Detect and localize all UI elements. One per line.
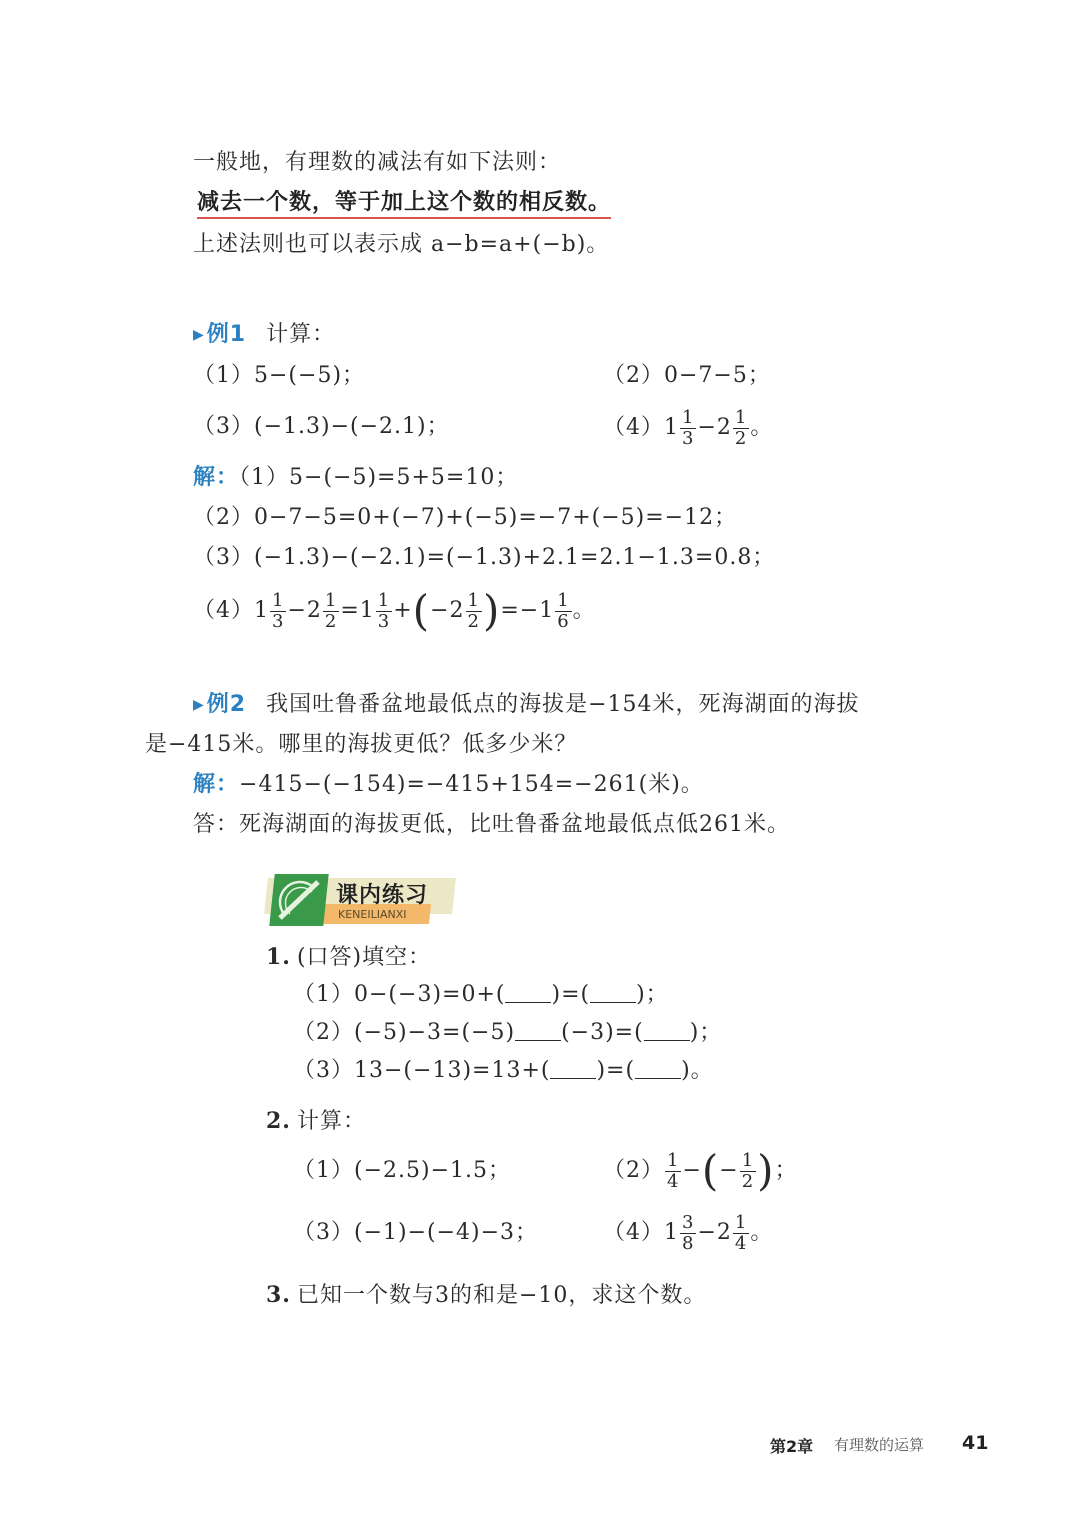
answer-blank[interactable] bbox=[515, 1020, 561, 1041]
practice-q1-item-1: （1）0−(−3)=0+()=()； bbox=[293, 980, 669, 1010]
example1-solution-4: （4）113−212=113+(−212)=−116。 bbox=[193, 588, 596, 634]
example2-line1: ▶例2我国吐鲁番盆地最低点的海拔是−154米，死海湖面的海拔 bbox=[193, 690, 860, 720]
practice-q3: 3.已知一个数与3的和是−10，求这个数。 bbox=[266, 1280, 706, 1311]
example1-solution-3: （3）(−1.3)−(−2.1)=(−1.3)+2.1=2.1−1.3=0.8； bbox=[193, 543, 775, 573]
chapter-number: 第2章 bbox=[770, 1434, 813, 1457]
example2-answer: 答：死海湖面的海拔更低，比吐鲁番盆地最低点低261米。 bbox=[193, 810, 790, 840]
practice-title: 课内练习 bbox=[336, 878, 428, 909]
solution-label: 解： bbox=[193, 465, 239, 490]
fraction: 13 bbox=[680, 408, 696, 449]
practice-q2-item-4: （4）138−214。 bbox=[603, 1210, 773, 1256]
intro-line: 一般地，有理数的减法有如下法则： bbox=[193, 148, 561, 178]
subtraction-rule: 减去一个数，等于加上这个数的相反数。 bbox=[197, 188, 611, 218]
practice-q2-item-3: （3）(−1)−(−4)−3； bbox=[293, 1218, 538, 1248]
answer-blank[interactable] bbox=[644, 1020, 690, 1041]
fraction: 12 bbox=[733, 408, 749, 449]
example1-problem-3: （3）(−1.3)−(−2.1)； bbox=[193, 412, 450, 442]
answer-blank[interactable] bbox=[590, 982, 636, 1003]
example2-label: ▶例2 bbox=[193, 692, 246, 717]
example1-solution-1: 解：（1）5−(−5)=5+5=10； bbox=[193, 463, 518, 493]
example2-line2: 是−415米。哪里的海拔更低？低多少米？ bbox=[145, 730, 577, 760]
practice-subtitle: KENEILIANXI bbox=[338, 908, 407, 921]
example1-label: ▶例1 bbox=[193, 322, 246, 347]
practice-badge: 课内练习 KENEILIANXI bbox=[266, 872, 456, 928]
example1-problem-4: （4）113−212。 bbox=[603, 406, 773, 450]
practice-q1: 1.(口答)填空： bbox=[266, 942, 431, 973]
answer-blank[interactable] bbox=[635, 1058, 681, 1079]
triangle-icon: ▶ bbox=[193, 697, 205, 713]
rule-text: 减去一个数，等于加上这个数的相反数。 bbox=[197, 190, 611, 219]
example1-problem-2: （2）0−7−5； bbox=[603, 361, 771, 391]
protractor-icon bbox=[269, 874, 328, 926]
answer-blank[interactable] bbox=[550, 1058, 596, 1079]
example1-solution-2: （2）0−7−5=0+(−7)+(−5)=−7+(−5)=−12； bbox=[193, 503, 737, 533]
practice-q1-item-2: （2）(−5)−3=(−5)(−3)=()； bbox=[293, 1018, 722, 1048]
chapter-title: 有理数的运算 bbox=[834, 1434, 924, 1455]
practice-q2-item-2: （2）14−(−12)； bbox=[603, 1148, 798, 1194]
rule-formula: 上述法则也可以表示成 a−b=a+(−b)。 bbox=[193, 230, 609, 260]
page-number: 41 bbox=[962, 1432, 988, 1454]
practice-q2: 2.计算： bbox=[266, 1106, 366, 1137]
practice-q1-item-3: （3）13−(−13)=13+()=()。 bbox=[293, 1056, 714, 1086]
solution-label: 解： bbox=[193, 772, 239, 797]
answer-blank[interactable] bbox=[505, 982, 551, 1003]
triangle-icon: ▶ bbox=[193, 327, 205, 343]
example1-header: ▶例1计算： bbox=[193, 320, 335, 350]
example2-solution: 解：−415−(−154)=−415+154=−261(米)。 bbox=[193, 770, 704, 800]
practice-q2-item-1: （1）(−2.5)−1.5； bbox=[293, 1156, 511, 1186]
example1-prompt: 计算： bbox=[266, 322, 335, 347]
example1-problem-1: （1）5−(−5)； bbox=[193, 361, 365, 391]
